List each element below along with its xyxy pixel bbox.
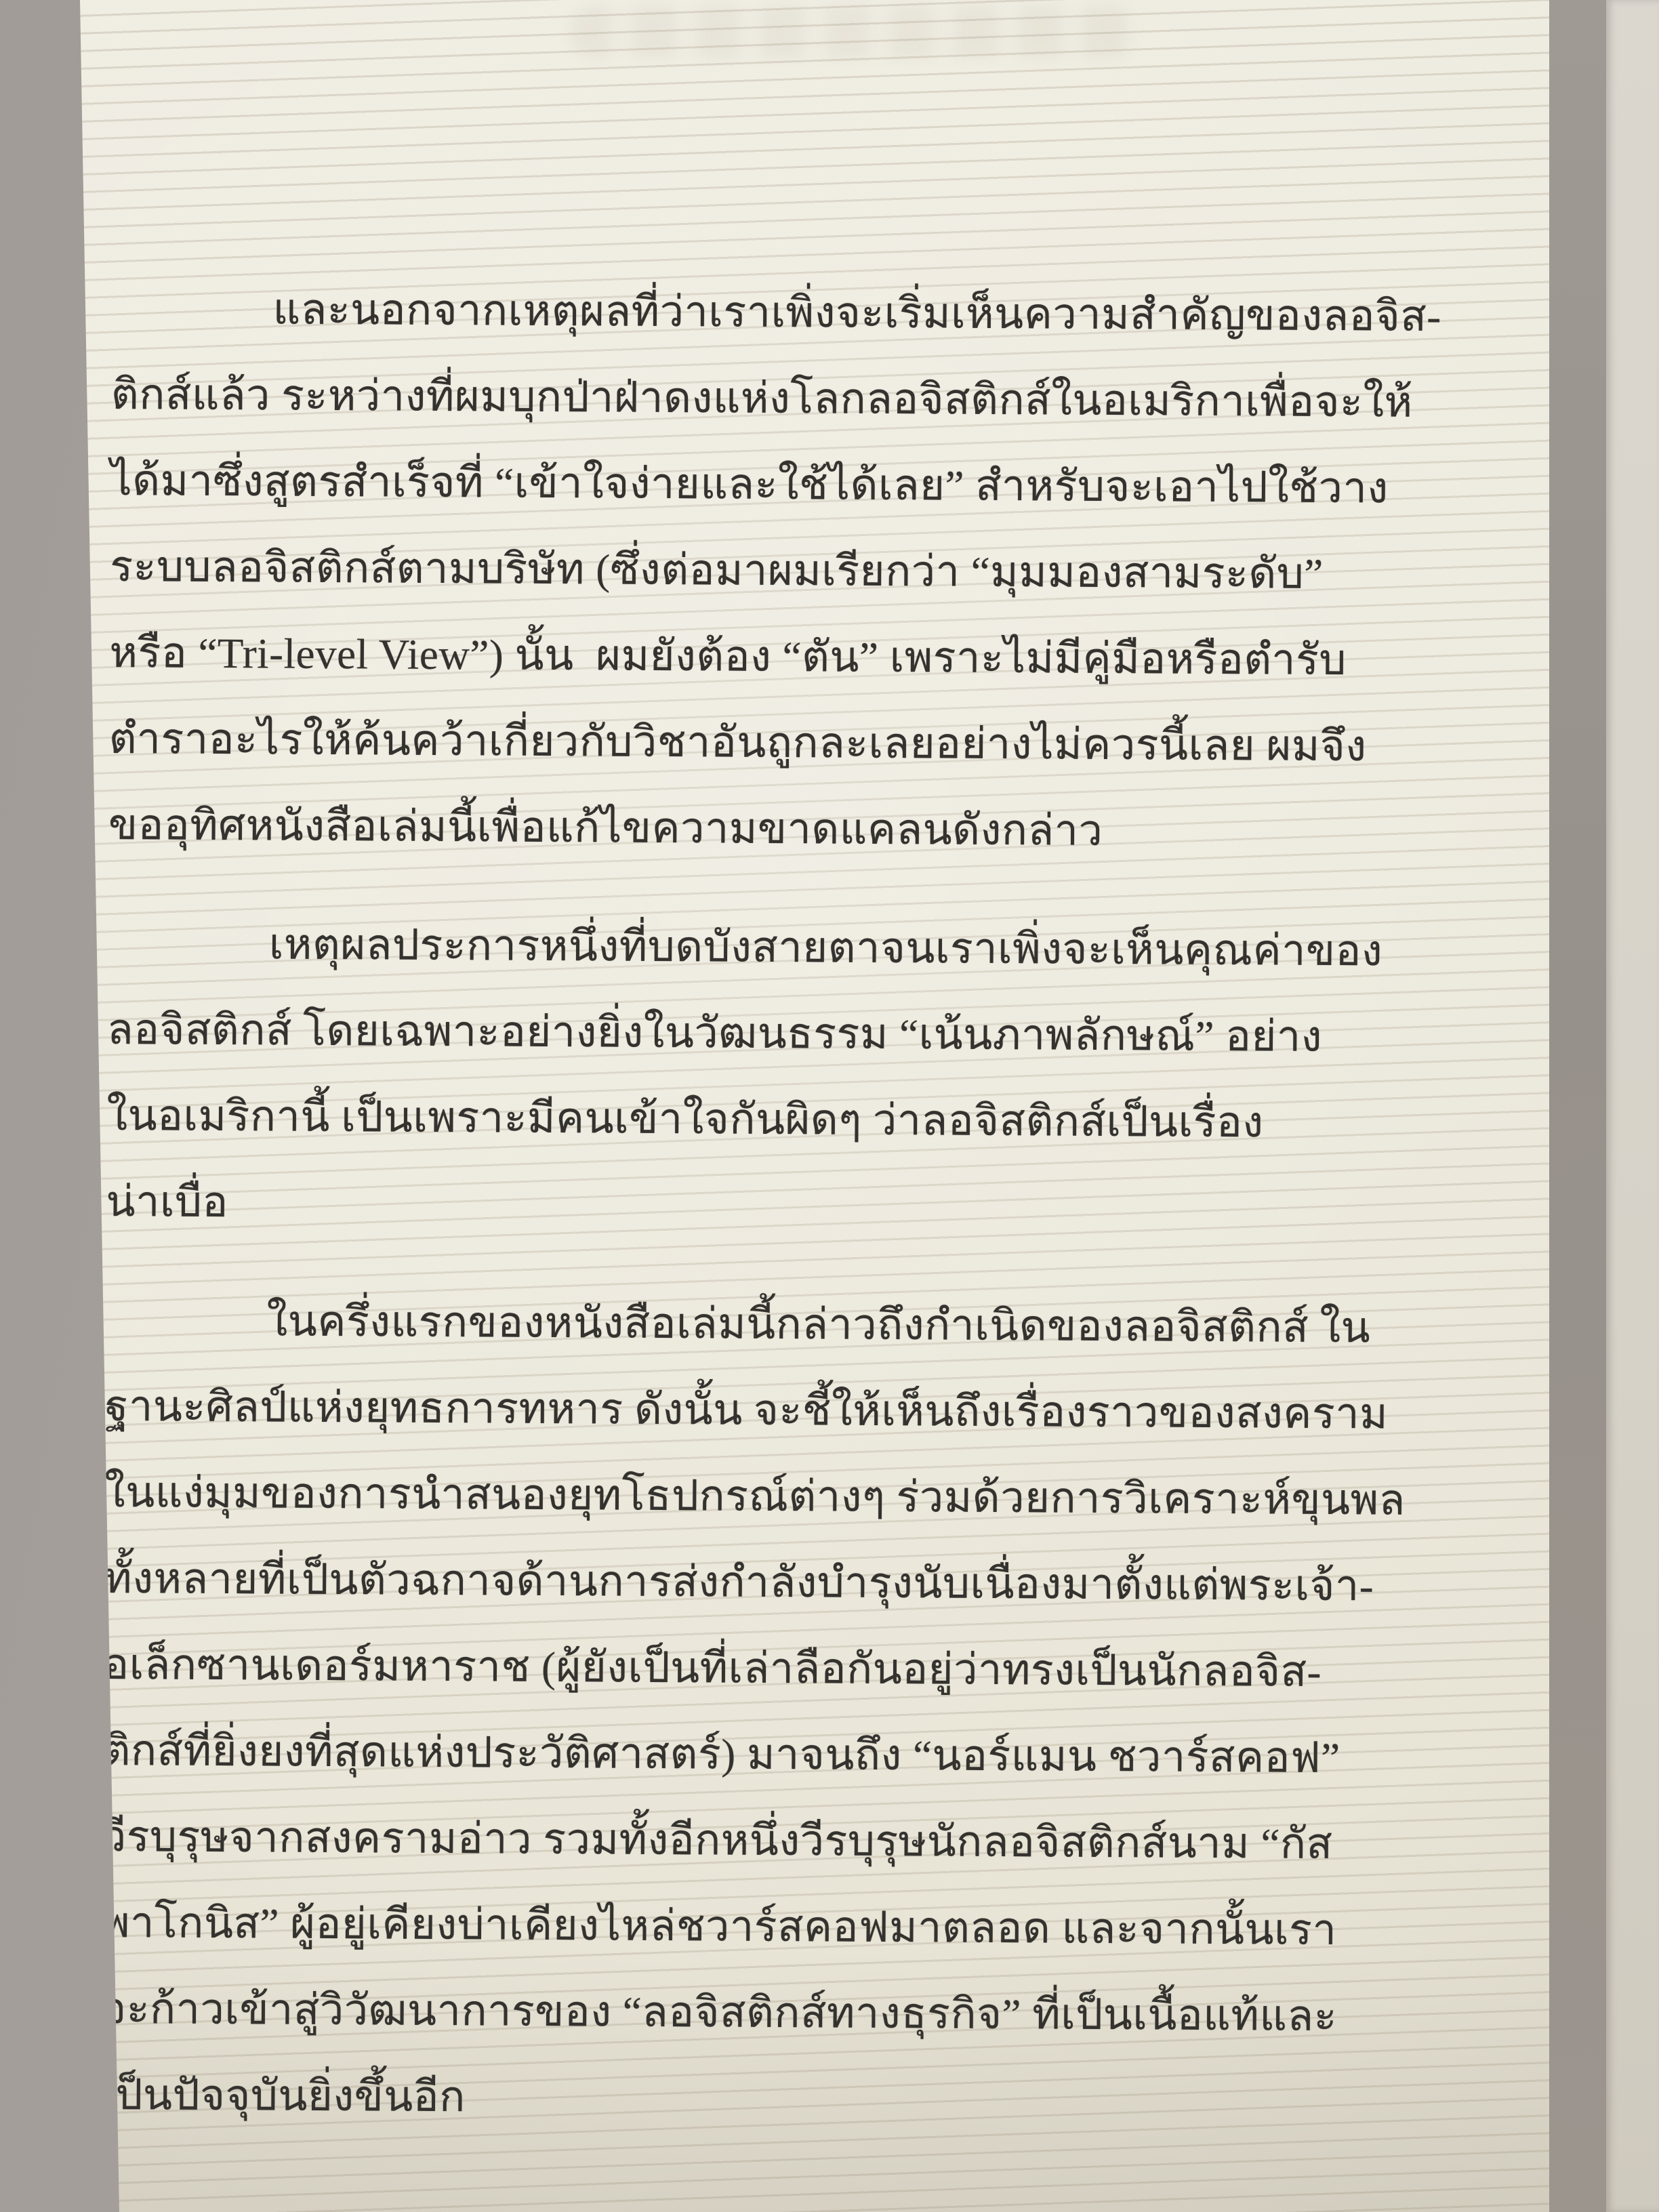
text-line: ได้มาซึ่งสูตรสำเร็จที่ “เข้าใจง่ายและใช้… <box>110 438 1561 533</box>
text-line: น่าเบื่อ <box>106 1159 1557 1254</box>
text-line: ในครึ่งแรกของหนังสือเล่มนี้กล่าวถึงกำเนิ… <box>105 1277 1556 1372</box>
text-line: เป็นปัจจุบันยิ่งขึ้นอีก <box>100 2052 1551 2147</box>
text-line: พาโกนิส” ผู้อยู่เคียงบ่าเคียงไหล่ชวาร์สค… <box>102 1880 1553 1975</box>
text-line: และนอกจากเหตุผลที่ว่าเราเพิ่งจะเริ่มเห็น… <box>111 266 1562 361</box>
text-line: ขออุทิศหนังสือเล่มนี้เพื่อแก้ไขความขาดแค… <box>108 782 1559 877</box>
text-line: วีรบุรุษจากสงครามอ่าว รวมทั้งอีกหนึ่งวีร… <box>102 1794 1553 1889</box>
text-line: ในอเมริกานี้ เป็นเพราะมีคนเข้าใจกันผิดๆ … <box>106 1073 1557 1168</box>
text-line: ตำราอะไรให้ค้นคว้าเกี่ยวกับวิชาอันถูกละเ… <box>108 696 1559 791</box>
page-fore-edge-shadow <box>1549 0 1606 2212</box>
text-line: อเล็กซานเดอร์มหาราช (ผู้ยังเป็นที่เล่าลื… <box>103 1622 1554 1717</box>
text-line: จะก้าวเข้าสู่วิวัฒนาการของ “ลอจิสติกส์ทา… <box>101 1966 1552 2061</box>
text-line: ในแง่มุมของการนำสนองยุทโธปกรณ์ต่างๆ ร่วม… <box>104 1450 1555 1544</box>
paragraph: เหตุผลประการหนึ่งที่บดบังสายตาจนเราเพิ่ง… <box>106 901 1558 1254</box>
text-line: ฐานะศิลป์แห่งยุทธการทหาร ดังนั้น จะชี้ให… <box>104 1364 1555 1458</box>
paragraph: ในครึ่งแรกของหนังสือเล่มนี้กล่าวถึงกำเนิ… <box>100 1277 1556 2147</box>
page-text: และนอกจากเหตุผลที่ว่าเราเพิ่งจะเริ่มเห็น… <box>100 266 1562 2179</box>
book-page: และนอกจากเหตุผลที่ว่าเราเพิ่งจะเริ่มเห็น… <box>0 0 1659 2212</box>
text-line: ทั้งหลายที่เป็นตัวฉกาจด้านการส่งกำลังบำร… <box>104 1536 1555 1631</box>
text-line: ติกส์แล้ว ระหว่างที่ผมบุกป่าฝ่าดงแห่งโลก… <box>110 352 1561 447</box>
text-line: หรือ “Tri-level View”) นั้น ผมยังต้อง “ต… <box>109 610 1560 705</box>
text-line: ระบบลอจิสติกส์ตามบริษัท (ซึ่งต่อมาผมเรีย… <box>110 524 1561 619</box>
adjacent-page-edge <box>1606 0 1659 2212</box>
text-line: เหตุผลประการหนึ่งที่บดบังสายตาจนเราเพิ่ง… <box>108 901 1559 996</box>
photo-background: และนอกจากเหตุผลที่ว่าเราเพิ่งจะเริ่มเห็น… <box>0 0 1659 2212</box>
paragraph: และนอกจากเหตุผลที่ว่าเราเพิ่งจะเริ่มเห็น… <box>108 266 1562 877</box>
text-line: ติกส์ที่ยิ่งยงที่สุดแห่งประวัติศาสตร์) ม… <box>102 1708 1553 1803</box>
text-line: ลอจิสติกส์ โดยเฉพาะอย่างยิ่งในวัฒนธรรม “… <box>107 987 1558 1082</box>
ink-showthrough-smudge <box>569 5 1139 58</box>
